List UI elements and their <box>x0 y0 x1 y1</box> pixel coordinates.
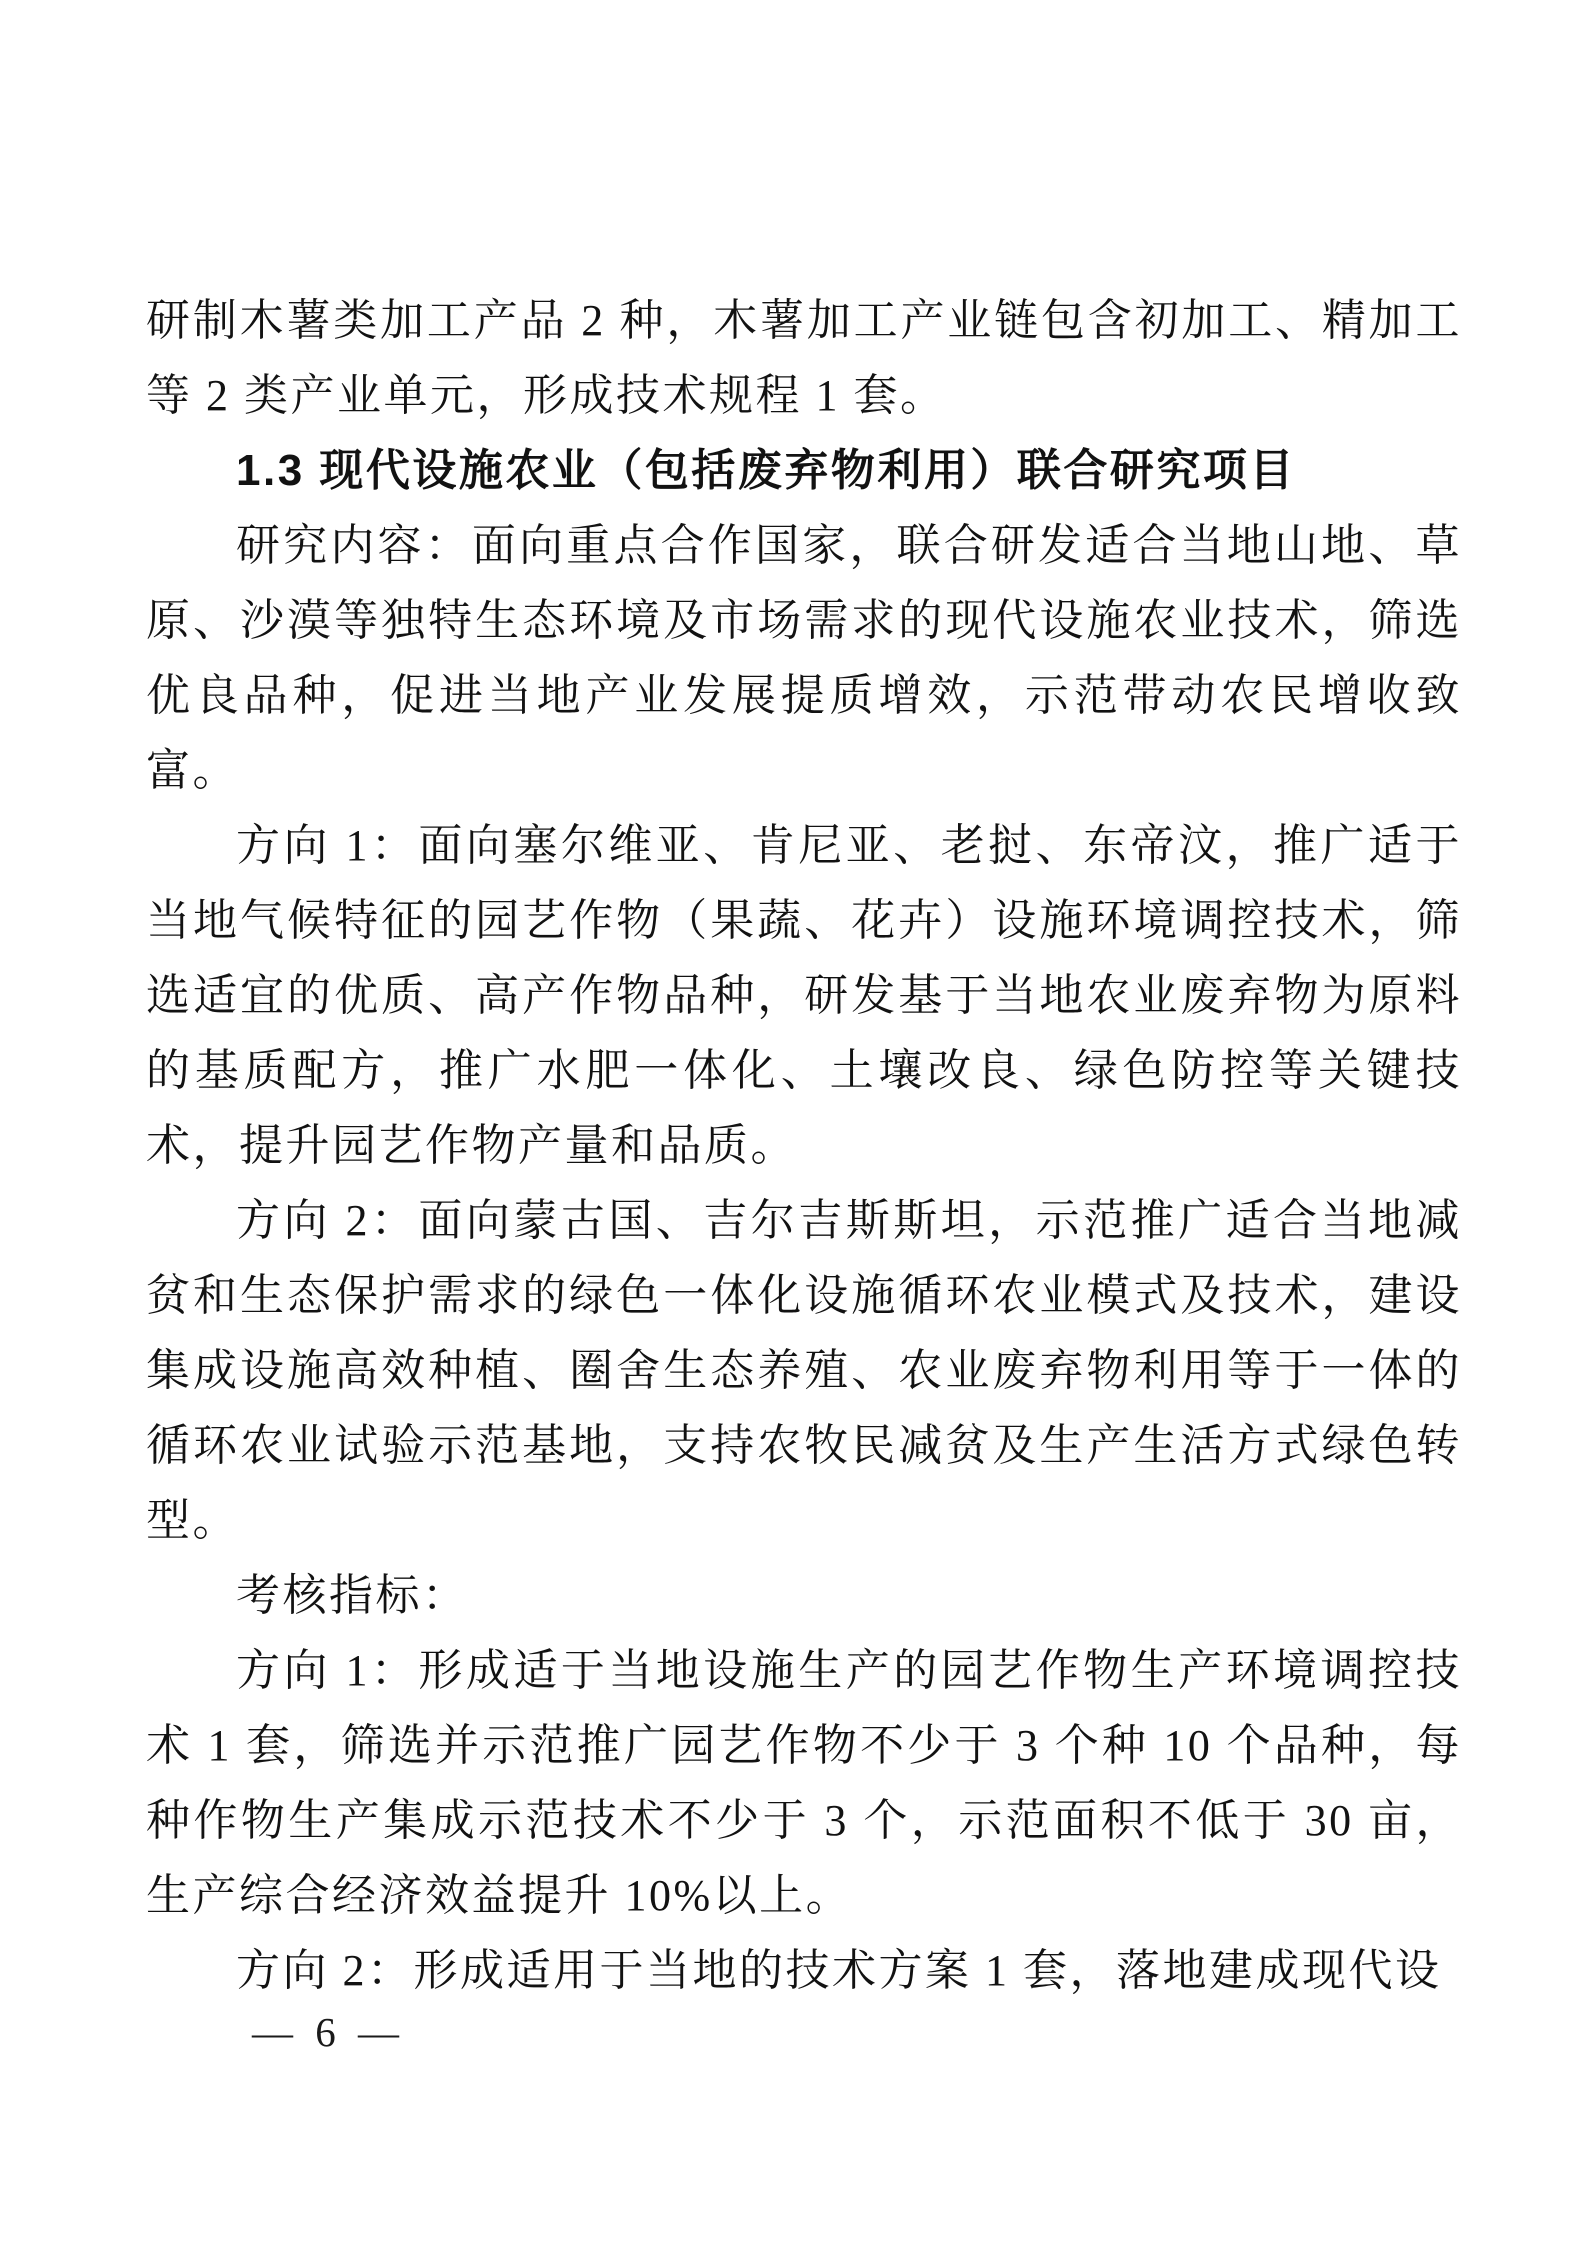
section-heading-1-3: 1.3 现代设施农业（包括废弃物利用）联合研究项目 <box>146 433 1462 508</box>
body-paragraph-assessment-indicators: 考核指标： <box>146 1558 1462 1633</box>
body-paragraph-indicator-direction-1: 方向 1：形成适于当地设施生产的园艺作物生产环境调控技术 1 套，筛选并示范推广… <box>146 1633 1462 1933</box>
page-number: — 6 — <box>252 2008 405 2056</box>
body-paragraph-research-content: 研究内容：面向重点合作国家，联合研发适合当地山地、草原、沙漠等独特生态环境及市场… <box>146 508 1462 808</box>
document-page: 研制木薯类加工产品 2 种，木薯加工产业链包含初加工、精加工等 2 类产业单元，… <box>0 0 1587 2245</box>
page-content: 研制木薯类加工产品 2 种，木薯加工产业链包含初加工、精加工等 2 类产业单元，… <box>146 283 1462 2008</box>
body-paragraph-direction-1: 方向 1：面向塞尔维亚、肯尼亚、老挝、东帝汶，推广适于当地气候特征的园艺作物（果… <box>146 808 1462 1183</box>
body-paragraph-continuation: 研制木薯类加工产品 2 种，木薯加工产业链包含初加工、精加工等 2 类产业单元，… <box>146 283 1462 433</box>
body-paragraph-direction-2: 方向 2：面向蒙古国、吉尔吉斯斯坦，示范推广适合当地减贫和生态保护需求的绿色一体… <box>146 1183 1462 1558</box>
body-paragraph-indicator-direction-2: 方向 2：形成适用于当地的技术方案 1 套，落地建成现代设 <box>146 1933 1462 2008</box>
